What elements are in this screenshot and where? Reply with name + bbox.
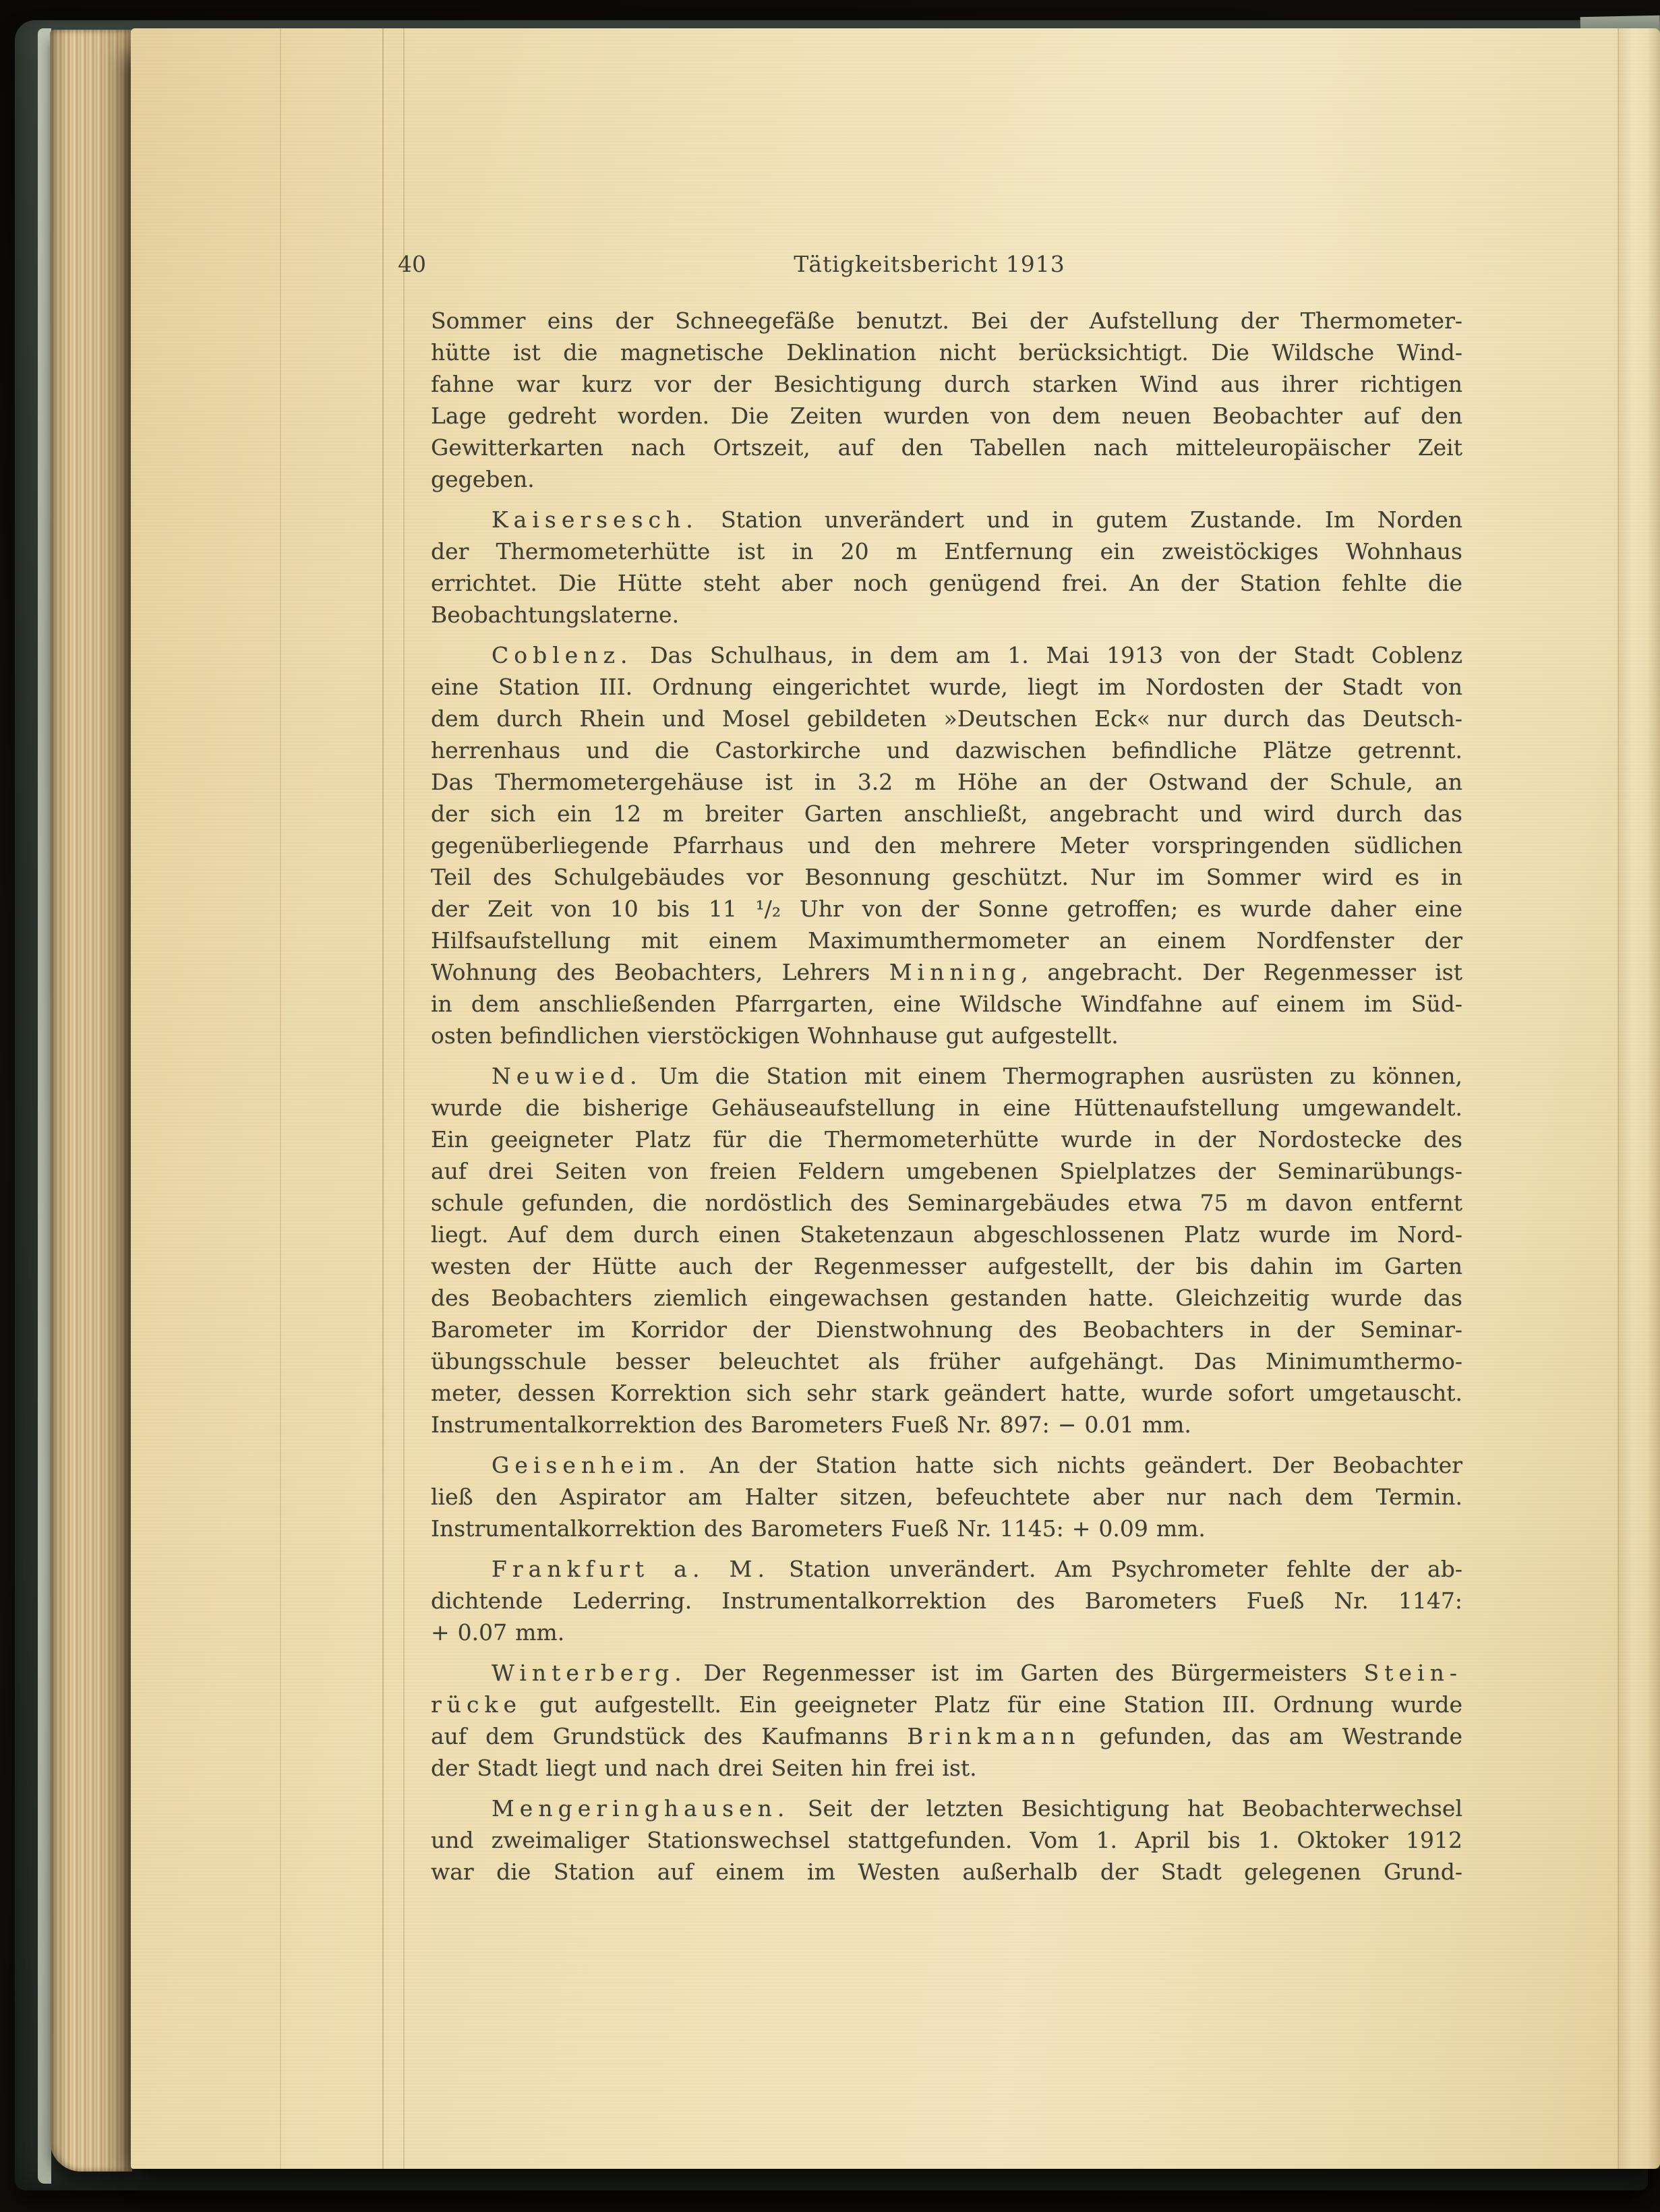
text-line: schule gefunden, die nordöstlich des Sem… xyxy=(431,1187,1462,1219)
text-line: Coblenz. Das Schulhaus, in dem am 1. Mai… xyxy=(431,639,1462,671)
gutter-crease xyxy=(382,28,384,2169)
letterspaced-name: Stein- xyxy=(1364,1660,1462,1686)
letterspaced-name: Brinkmann xyxy=(907,1723,1080,1749)
text-line: der Stadt liegt und nach drei Seiten hin… xyxy=(431,1752,1462,1784)
text-line: Beobachtungslaterne. xyxy=(431,599,1462,631)
text-line: errichtet. Die Hütte steht aber noch gen… xyxy=(431,567,1462,599)
fore-edge-crease xyxy=(1618,28,1619,2169)
text-line: ließ den Aspirator am Halter sitzen, bef… xyxy=(431,1481,1462,1513)
letterspaced-name: Geisenheim. xyxy=(492,1452,690,1478)
text-line: Ein geeigneter Platz für die Thermometer… xyxy=(431,1124,1462,1155)
scanned-book-photo: 40 Tätigkeitsbericht 1913 Sommer eins de… xyxy=(0,0,1660,2212)
text-line: Hilfsaufstellung mit einem Maximumthermo… xyxy=(431,925,1462,956)
paragraph: Geisenheim. An der Station hatte sich ni… xyxy=(431,1449,1462,1544)
text-line: hütte ist die magnetische Deklination ni… xyxy=(431,337,1462,368)
gutter-crease xyxy=(403,28,405,2169)
letterspaced-name: Mengeringhausen. xyxy=(492,1795,790,1822)
page-stack-shading xyxy=(50,30,132,2172)
text-line: dem durch Rhein und Mosel gebildeten »De… xyxy=(431,703,1462,734)
text-line: Barometer im Korridor der Dienstwohnung … xyxy=(431,1314,1462,1345)
letterspaced-name: Frankfurt a. M. xyxy=(492,1556,770,1582)
paragraph: Frankfurt a. M. Station unverändert. Am … xyxy=(431,1553,1462,1648)
text-line: des Beobachters ziemlich eingewachsen ge… xyxy=(431,1282,1462,1314)
paragraph: Coblenz. Das Schulhaus, in dem am 1. Mai… xyxy=(431,639,1462,1051)
text-line: der Thermometerhütte ist in 20 m Entfern… xyxy=(431,535,1462,567)
text-block: Sommer eins der Schneegefäße benutzt. Be… xyxy=(431,305,1462,1888)
text-line: Instrumentalkorrektion des Barometers Fu… xyxy=(431,1513,1462,1544)
text-line: Kaisersesch. Station unverändert und in … xyxy=(431,504,1462,535)
text-line: liegt. Auf dem durch einen Staketenzaun … xyxy=(431,1219,1462,1250)
text-line: der sich ein 12 m breiter Garten anschli… xyxy=(431,798,1462,829)
text-line: Frankfurt a. M. Station unverändert. Am … xyxy=(431,1553,1462,1585)
letterspaced-name: Minning xyxy=(889,959,1021,985)
endpaper-edge xyxy=(38,28,51,2184)
text-line: herrenhaus und die Castorkirche und dazw… xyxy=(431,734,1462,766)
running-head: 40 Tätigkeitsbericht 1913 xyxy=(398,251,1461,281)
text-line: Wohnung des Beobachters, Lehrers Minning… xyxy=(431,956,1462,988)
text-line: gegenüberliegende Pfarrhaus und den mehr… xyxy=(431,829,1462,861)
text-line: fahne war kurz vor der Besichtigung durc… xyxy=(431,368,1462,400)
paragraph: Sommer eins der Schneegefäße benutzt. Be… xyxy=(431,305,1462,495)
text-line: und zweimaliger Stationswechsel stattgef… xyxy=(431,1824,1462,1856)
letterspaced-name: Kaisersesch. xyxy=(492,506,699,533)
text-line: übungsschule besser beleuchtet als frühe… xyxy=(431,1345,1462,1377)
text-line: Mengeringhausen. Seit der letzten Besich… xyxy=(431,1793,1462,1824)
fore-edge-shading xyxy=(1618,28,1660,2169)
text-line: war die Station auf einem im Westen auße… xyxy=(431,1856,1462,1888)
text-line: osten befindlichen vierstöckigen Wohnhau… xyxy=(431,1020,1462,1051)
paragraph: Kaisersesch. Station unverändert und in … xyxy=(431,504,1462,631)
letterspaced-name: rücke xyxy=(431,1691,522,1718)
paragraph: Neuwied. Um die Station mit einem Thermo… xyxy=(431,1060,1462,1440)
text-line: Geisenheim. An der Station hatte sich ni… xyxy=(431,1449,1462,1481)
text-line: eine Station III. Ordnung eingerichtet w… xyxy=(431,671,1462,703)
gutter-crease xyxy=(280,28,281,2169)
text-line: Gewitterkarten nach Ortszeit, auf den Ta… xyxy=(431,432,1462,463)
text-line: Teil des Schulgebäudes vor Besonnung ges… xyxy=(431,861,1462,893)
text-line: meter, dessen Korrektion sich sehr stark… xyxy=(431,1377,1462,1409)
text-line: Instrumentalkorrektion des Barometers Fu… xyxy=(431,1409,1462,1440)
text-line: der Zeit von 10 bis 11 ¹/₂ Uhr von der S… xyxy=(431,893,1462,925)
letterspaced-name: Coblenz. xyxy=(492,642,632,668)
text-line: Sommer eins der Schneegefäße benutzt. Be… xyxy=(431,305,1462,337)
text-line: auf drei Seiten von freien Feldern umgeb… xyxy=(431,1155,1462,1187)
text-line: auf dem Grundstück des Kaufmanns Brinkma… xyxy=(431,1720,1462,1752)
text-line: + 0.07 mm. xyxy=(431,1617,1462,1648)
running-title: Tätigkeitsbericht 1913 xyxy=(398,251,1461,277)
paragraph: Winterberg. Der Regenmesser ist im Garte… xyxy=(431,1657,1462,1784)
paragraph: Mengeringhausen. Seit der letzten Besich… xyxy=(431,1793,1462,1888)
text-line: Neuwied. Um die Station mit einem Thermo… xyxy=(431,1060,1462,1092)
page-stack-edges xyxy=(50,30,132,2172)
text-line: Das Thermometergehäuse ist in 3.2 m Höhe… xyxy=(431,766,1462,798)
text-line: wurde die bisherige Gehäuseaufstellung i… xyxy=(431,1092,1462,1124)
text-line: westen der Hütte auch der Regenmesser au… xyxy=(431,1250,1462,1282)
book-page: 40 Tätigkeitsbericht 1913 Sommer eins de… xyxy=(131,28,1660,2169)
text-line: dichtende Lederring. Instrumentalkorrekt… xyxy=(431,1585,1462,1617)
letterspaced-name: Winterberg. xyxy=(492,1660,687,1686)
letterspaced-name: Neuwied. xyxy=(492,1063,643,1089)
text-line: Lage gedreht worden. Die Zeiten wurden v… xyxy=(431,400,1462,432)
text-line: rücke gut aufgestellt. Ein geeigneter Pl… xyxy=(431,1689,1462,1720)
text-line: Winterberg. Der Regenmesser ist im Garte… xyxy=(431,1657,1462,1689)
text-line: in dem anschließenden Pfarrgarten, eine … xyxy=(431,988,1462,1020)
text-line: gegeben. xyxy=(431,463,1462,495)
